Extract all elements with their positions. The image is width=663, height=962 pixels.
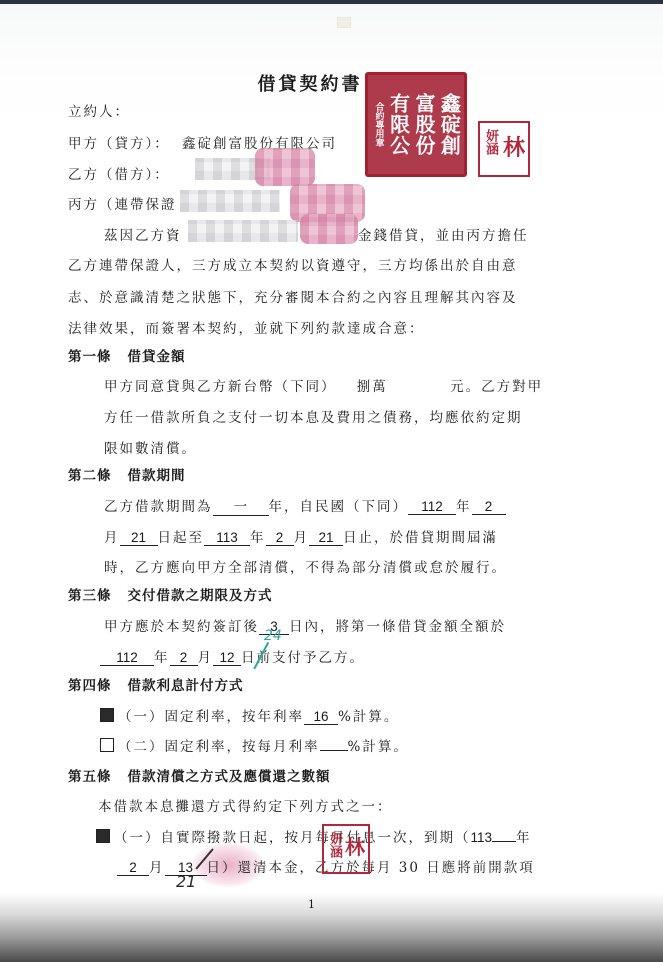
- intro-line: 金錢借貸，並由丙方擔任: [358, 224, 529, 244]
- parties-label: 立約人：: [68, 100, 130, 120]
- article-2-heading: 第二條借款期間: [68, 464, 186, 484]
- article-3-line: 甲方應於本契約簽訂後3日內，將第一條借貸金額全額於: [104, 615, 506, 635]
- handwritten-correction: 24: [264, 628, 282, 644]
- due-year: 113: [471, 830, 493, 845]
- checkbox-checked[interactable]: [100, 708, 114, 722]
- annual-rate: 16: [304, 709, 338, 725]
- loan-amount: 捌萬: [357, 379, 388, 395]
- interest-option-1: （一）固定利率，按年利率16%計算。: [100, 705, 399, 725]
- article-1-line: 限如數清償。: [104, 437, 197, 457]
- page-thumbnail-icon: [337, 17, 351, 28]
- personal-seal: 妍涵 林: [478, 121, 530, 177]
- pay-day: 12: [213, 650, 241, 666]
- party-b-label: 乙方（借方）：: [68, 163, 170, 183]
- article-2-line: 乙方借款期間為一年，自民國（下同）112年2: [104, 495, 506, 516]
- seal-text: 合約專用章: [371, 78, 385, 171]
- intro-line: 茲因乙方資: [104, 224, 182, 244]
- start-year: 112: [408, 499, 456, 515]
- intro-line: 法律效果，而簽署本契約，並就下列約款達成合意：: [68, 317, 425, 337]
- article-3-heading: 第三條交付借款之期限及方式: [68, 584, 273, 604]
- interest-option-2: （二）固定利率，按每月利率%計算。: [100, 735, 409, 755]
- article-4-heading: 第四條借款利息計付方式: [68, 674, 244, 694]
- checkbox-checked[interactable]: [96, 829, 110, 843]
- pay-year: 112: [100, 650, 154, 666]
- end-month: 2: [266, 530, 294, 546]
- start-month: 2: [472, 499, 506, 515]
- article-1-line: 甲方同意貸與乙方新台幣（下同） 捌萬 元。乙方對甲: [104, 375, 543, 395]
- personal-seal: 妍涵 林: [322, 824, 370, 874]
- due-month: 2: [117, 860, 149, 876]
- redacted-signature: [300, 214, 358, 244]
- redacted-party-c: [180, 190, 280, 212]
- seal-given-name: 妍涵: [328, 832, 341, 858]
- page-bottom-shadow: [0, 893, 663, 962]
- article-3-line: 112年2月12日前支付予乙方。: [100, 646, 365, 666]
- seal-text: 鑫碇創: [438, 78, 461, 171]
- article-2-line: 時，乙方應向甲方全部清償，不得為部分清償或怠於履行。: [104, 556, 507, 576]
- term-years: 一: [213, 495, 269, 516]
- checkbox-unchecked[interactable]: [100, 738, 114, 752]
- article-5-heading: 第五條借款清償之方式及應償還之數額: [68, 765, 331, 785]
- intro-line: 志、於意識清楚之狀態下，充分審閱本合約之內容且理解其內容及: [68, 286, 518, 306]
- handwritten-correction: 21: [176, 872, 196, 891]
- end-day: 21: [309, 530, 343, 546]
- article-5-intro: 本借款本息攤還方式得約定下列方式之一：: [98, 795, 393, 815]
- redacted-intro: [188, 220, 298, 242]
- seal-surname: 林: [345, 831, 365, 860]
- article-1-line: 方任一借款所負之支付一切本息及費用之債務，均應依約定期: [104, 406, 523, 426]
- redacted-signature: [255, 148, 315, 186]
- company-seal: 合約專用章 有限公 富股份 鑫碇創: [365, 72, 467, 177]
- seal-text: 有限公: [387, 78, 410, 171]
- repayment-option-1: （一）自實際撥款日起，按月每月付息一次，到期（113年: [96, 826, 532, 846]
- pay-month: 2: [170, 650, 198, 666]
- monthly-rate: [320, 750, 348, 751]
- party-c-label: 丙方（連帶保證: [68, 193, 177, 213]
- start-day: 21: [120, 530, 158, 546]
- seal-given-name: 妍涵: [484, 129, 497, 155]
- intro-line: 乙方連帶保證人，三方成立本契約以資遵守，三方均係出於自由意: [68, 254, 518, 274]
- end-year: 113: [204, 530, 250, 546]
- seal-surname: 林: [503, 131, 525, 162]
- article-2-line: 月21日起至113年2月21日止，於借貸期間屆滿: [104, 526, 498, 546]
- article-1-heading: 第一條借貸金額: [68, 345, 186, 365]
- seal-text: 富股份: [412, 78, 435, 171]
- page-number: 1: [308, 898, 315, 911]
- party-a-label: 甲方（貸方）：: [68, 136, 170, 152]
